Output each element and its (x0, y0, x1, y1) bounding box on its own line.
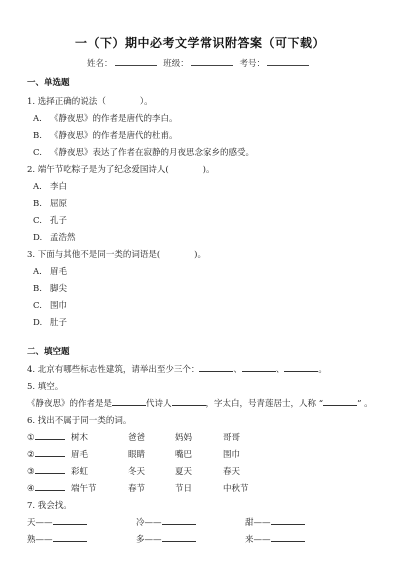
q4-blank-3[interactable] (284, 363, 318, 372)
q3-option-a[interactable]: A.眉毛 (33, 265, 67, 277)
q6-row-1-blank[interactable] (35, 431, 65, 440)
q1-option-c[interactable]: C.《静夜思》表达了作者在寂静的月夜思念家乡的感受。 (33, 146, 254, 158)
question-6: 6. 找出不属于同一类的词。 (27, 414, 131, 426)
q5-blank-nickname[interactable] (323, 397, 357, 406)
section-heading-fill-in: 二、填空题 (27, 345, 70, 357)
question-1: 1. 选择正确的说法（ ）。 (27, 95, 153, 107)
q4-blank-1[interactable] (199, 363, 233, 372)
q5-blank-poet[interactable] (172, 397, 206, 406)
q7-blank-4[interactable] (53, 533, 87, 542)
class-blank[interactable] (191, 57, 233, 66)
student-info-line: 姓名： 班级： 考号： (0, 57, 400, 69)
q6-row-3-blank[interactable] (35, 465, 65, 474)
q1-option-a[interactable]: A.《静夜思》的作者是唐代的李白。 (33, 112, 178, 124)
name-blank[interactable] (115, 57, 157, 66)
q7-blank-2[interactable] (162, 516, 196, 525)
q2-option-a[interactable]: A.李白 (33, 180, 67, 192)
q7-blank-5[interactable] (162, 533, 196, 542)
q7-blank-1[interactable] (53, 516, 87, 525)
q6-row-2-blank[interactable] (35, 448, 65, 457)
q7-blank-6[interactable] (271, 533, 305, 542)
class-label: 班级： (163, 59, 189, 69)
q2-option-d[interactable]: D.孟浩然 (33, 231, 76, 243)
q3-option-d[interactable]: D.肚子 (33, 316, 67, 328)
q3-option-b[interactable]: B.脚尖 (33, 282, 67, 294)
q4-blank-2[interactable] (242, 363, 276, 372)
section-heading-single-choice: 一、单选题 (27, 76, 70, 88)
q3-option-c[interactable]: C.围巾 (33, 299, 67, 311)
document-page: 一（下）期中必考文学常识附答案（可下载） 姓名： 班级： 考号： 一、单选题 1… (0, 0, 400, 575)
question-5-sentence: 《静夜思》的作者是是代诗人，字太白，号青莲居士，人称 “” 。 (27, 397, 373, 409)
q2-option-b[interactable]: B.屈原 (33, 197, 67, 209)
name-label: 姓名： (87, 59, 113, 69)
q2-option-c[interactable]: C.孔子 (33, 214, 67, 226)
question-4: 4. 北京有哪些标志性建筑，请举出至少三个：、、。 (27, 363, 327, 375)
q7-blank-3[interactable] (271, 516, 305, 525)
exam-number-label: 考号： (239, 59, 265, 69)
exam-number-blank[interactable] (267, 57, 309, 66)
question-7: 7. 我会找。 (27, 499, 72, 511)
question-5: 5. 填空。 (27, 380, 63, 392)
q6-row-4-blank[interactable] (35, 482, 65, 491)
q1-option-b[interactable]: B.《静夜思》的作者是唐代的杜甫。 (33, 129, 178, 141)
q5-blank-dynasty[interactable] (112, 397, 146, 406)
question-3: 3. 下面与其他不是同一类的词语是( )。 (27, 248, 206, 260)
document-title: 一（下）期中必考文学常识附答案（可下载） (0, 34, 400, 51)
question-2: 2. 端午节吃粽子是为了纪念爱国诗人( )。 (27, 163, 214, 175)
